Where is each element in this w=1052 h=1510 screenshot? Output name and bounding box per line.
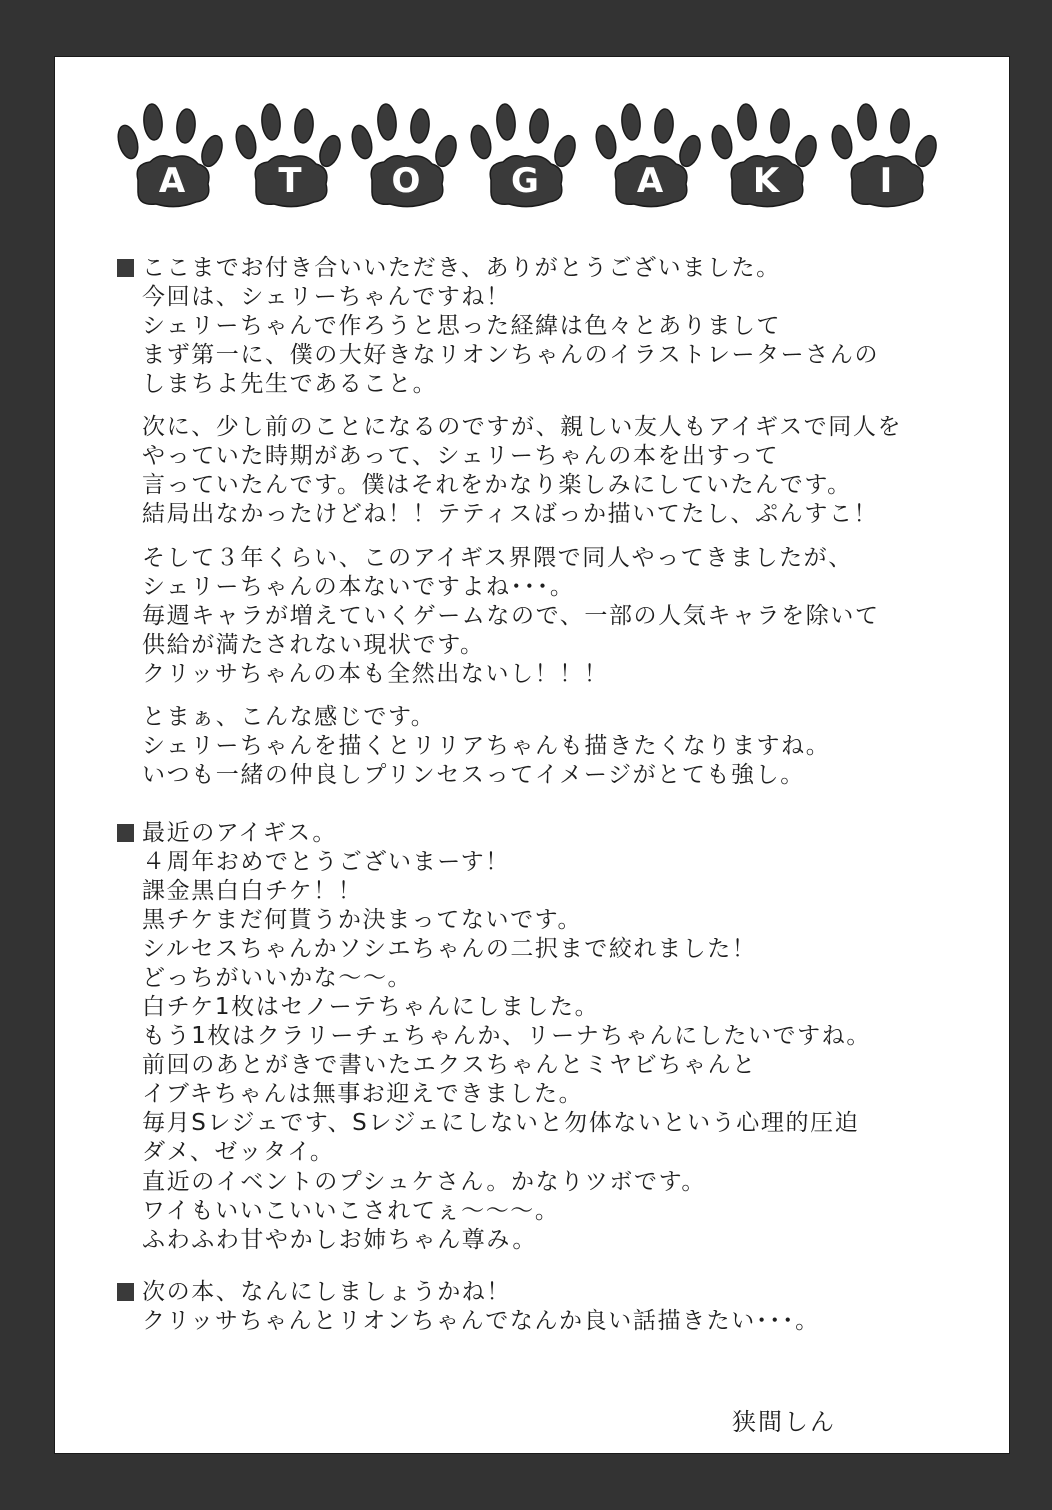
- text-line: 次に、少し前のことになるのですが、親しい友人もアイギスで同人を: [142, 413, 902, 442]
- text-line: イブキちゃんは無事お迎えできました。: [142, 1080, 583, 1109]
- text-line: ワイもいいこいいこされてぇ～～～。: [142, 1197, 560, 1226]
- text-line: そして３年くらい、このアイギス界隈で同人やってきましたが、: [142, 544, 853, 573]
- text-line: 黒チケまだ何貰うか決まってないです。: [142, 906, 582, 935]
- text-line: 供給が満たされない現状です。: [142, 631, 485, 660]
- afterword-page: A T O: [54, 56, 1010, 1454]
- text-line: クリッサちゃんの本も全然出ないし！！！: [142, 660, 608, 689]
- text-line: シルセスちゃんかソシエちゃんの二択まで絞れました！: [142, 935, 756, 964]
- square-bullet-icon: [117, 824, 134, 842]
- text-line: 言っていたんです。僕はそれをかなり楽しみにしていたんです。: [142, 471, 852, 500]
- text-line: 毎週キャラが増えていくゲームなので、一部の人気キャラを除いて: [142, 602, 880, 631]
- text-line: ダメ、ゼッタイ。: [142, 1138, 334, 1167]
- text-line: もう1枚はクラリーチェちゃんか、リーナちゃんにしたいですね。: [142, 1022, 871, 1051]
- text-line: やっていた時期があって、シェリーちゃんの本を出すって: [142, 442, 779, 471]
- text-line: 直近のイベントのプシュケさん。かなりツボです。: [142, 1168, 706, 1197]
- paw-print-icon: O: [350, 102, 462, 210]
- text-line: どっちがいいかな～～。: [142, 964, 412, 993]
- paw-print-icon: A: [594, 102, 706, 210]
- square-bullet-icon: [117, 259, 134, 277]
- square-bullet-icon: [117, 1283, 134, 1301]
- paw-print-icon: A: [116, 102, 228, 210]
- text-line: ４周年おめでとうございまーす！: [142, 848, 510, 877]
- text-line: ふわふわ甘やかしお姉ちゃん尊み。: [142, 1226, 537, 1255]
- section-heading: 次の本、なんにしましょうかね！: [117, 1278, 511, 1307]
- text-line: いつも一緒の仲良しプリンセスってイメージがとても強し。: [142, 761, 805, 790]
- title-letter: G: [469, 164, 581, 198]
- section-heading: ここまでお付き合いいただき、ありがとうございました。: [117, 254, 781, 283]
- text-line: とまぁ、こんな感じです。: [142, 703, 435, 732]
- text-line: しまちよ先生であること。: [142, 370, 437, 399]
- section-heading: 最近のアイギス。: [117, 819, 337, 848]
- text-line: シェリーちゃんの本ないですよね･･･。: [142, 573, 574, 602]
- text-line: まず第一に、僕の大好きなリオンちゃんのイラストレーターさんの: [142, 341, 879, 370]
- text-line: クリッサちゃんとリオンちゃんでなんか良い話描きたい･･･。: [142, 1307, 820, 1336]
- title-letter: O: [350, 164, 462, 198]
- title-letter: I: [830, 164, 942, 198]
- atogaki-title-banner: A T O: [54, 56, 1010, 236]
- paw-print-icon: K: [710, 102, 822, 210]
- title-letter: A: [116, 164, 228, 198]
- text-line: シェリーちゃんを描くとリリアちゃんも描きたくなりますね。: [142, 732, 830, 761]
- paw-print-icon: I: [830, 102, 942, 210]
- paw-print-icon: G: [469, 102, 581, 210]
- title-letter: T: [234, 164, 346, 198]
- text-line: 結局出なかったけどね！！テティスばっか描いてたし、ぷんすこ！: [142, 500, 878, 529]
- text-line: 今回は、シェリーちゃんですね！: [142, 283, 511, 312]
- text-line: 毎月Sレジェです、Sレジェにしないと勿体ないという心理的圧迫: [142, 1109, 859, 1138]
- paw-print-icon: T: [234, 102, 346, 210]
- text-line: シェリーちゃんで作ろうと思った経緯は色々とありまして: [142, 312, 781, 341]
- title-letter: A: [594, 164, 706, 198]
- text-line: 課金黒白白チケ！！: [142, 877, 362, 906]
- text-line: 前回のあとがきで書いたエクスちゃんとミヤビちゃんと: [142, 1051, 757, 1080]
- title-letter: K: [710, 164, 822, 198]
- text-line: 白チケ1枚はセノーテちゃんにしました。: [142, 993, 599, 1022]
- author-signature: 狭間しん: [732, 1407, 836, 1437]
